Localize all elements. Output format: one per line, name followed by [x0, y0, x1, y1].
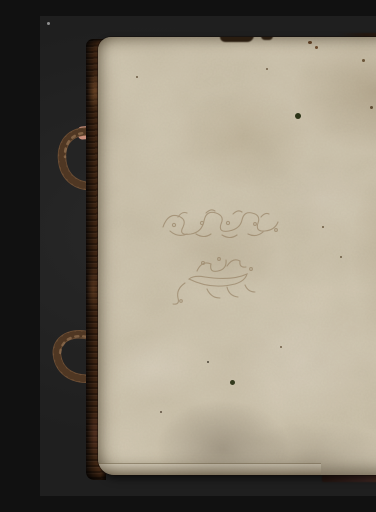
- speck: [47, 22, 50, 25]
- blind-stamp-upper: [158, 203, 284, 247]
- blind-stamp-lower: [167, 249, 269, 311]
- photo-stage: Photograph of the blank parchment cover …: [40, 16, 376, 496]
- parchment-page: [98, 37, 376, 475]
- photo-caption: Photograph of the blank parchment cover …: [40, 16, 41, 17]
- top-edge-wear-notch: [220, 37, 254, 42]
- blind-stamp-upper-drawing: [158, 203, 284, 243]
- top-edge-wear-dot: [315, 46, 318, 49]
- bottom-fore-edge-band: [98, 463, 321, 475]
- blind-stamp-lower-drawing: [167, 249, 269, 307]
- top-edge-wear-dot: [308, 41, 312, 44]
